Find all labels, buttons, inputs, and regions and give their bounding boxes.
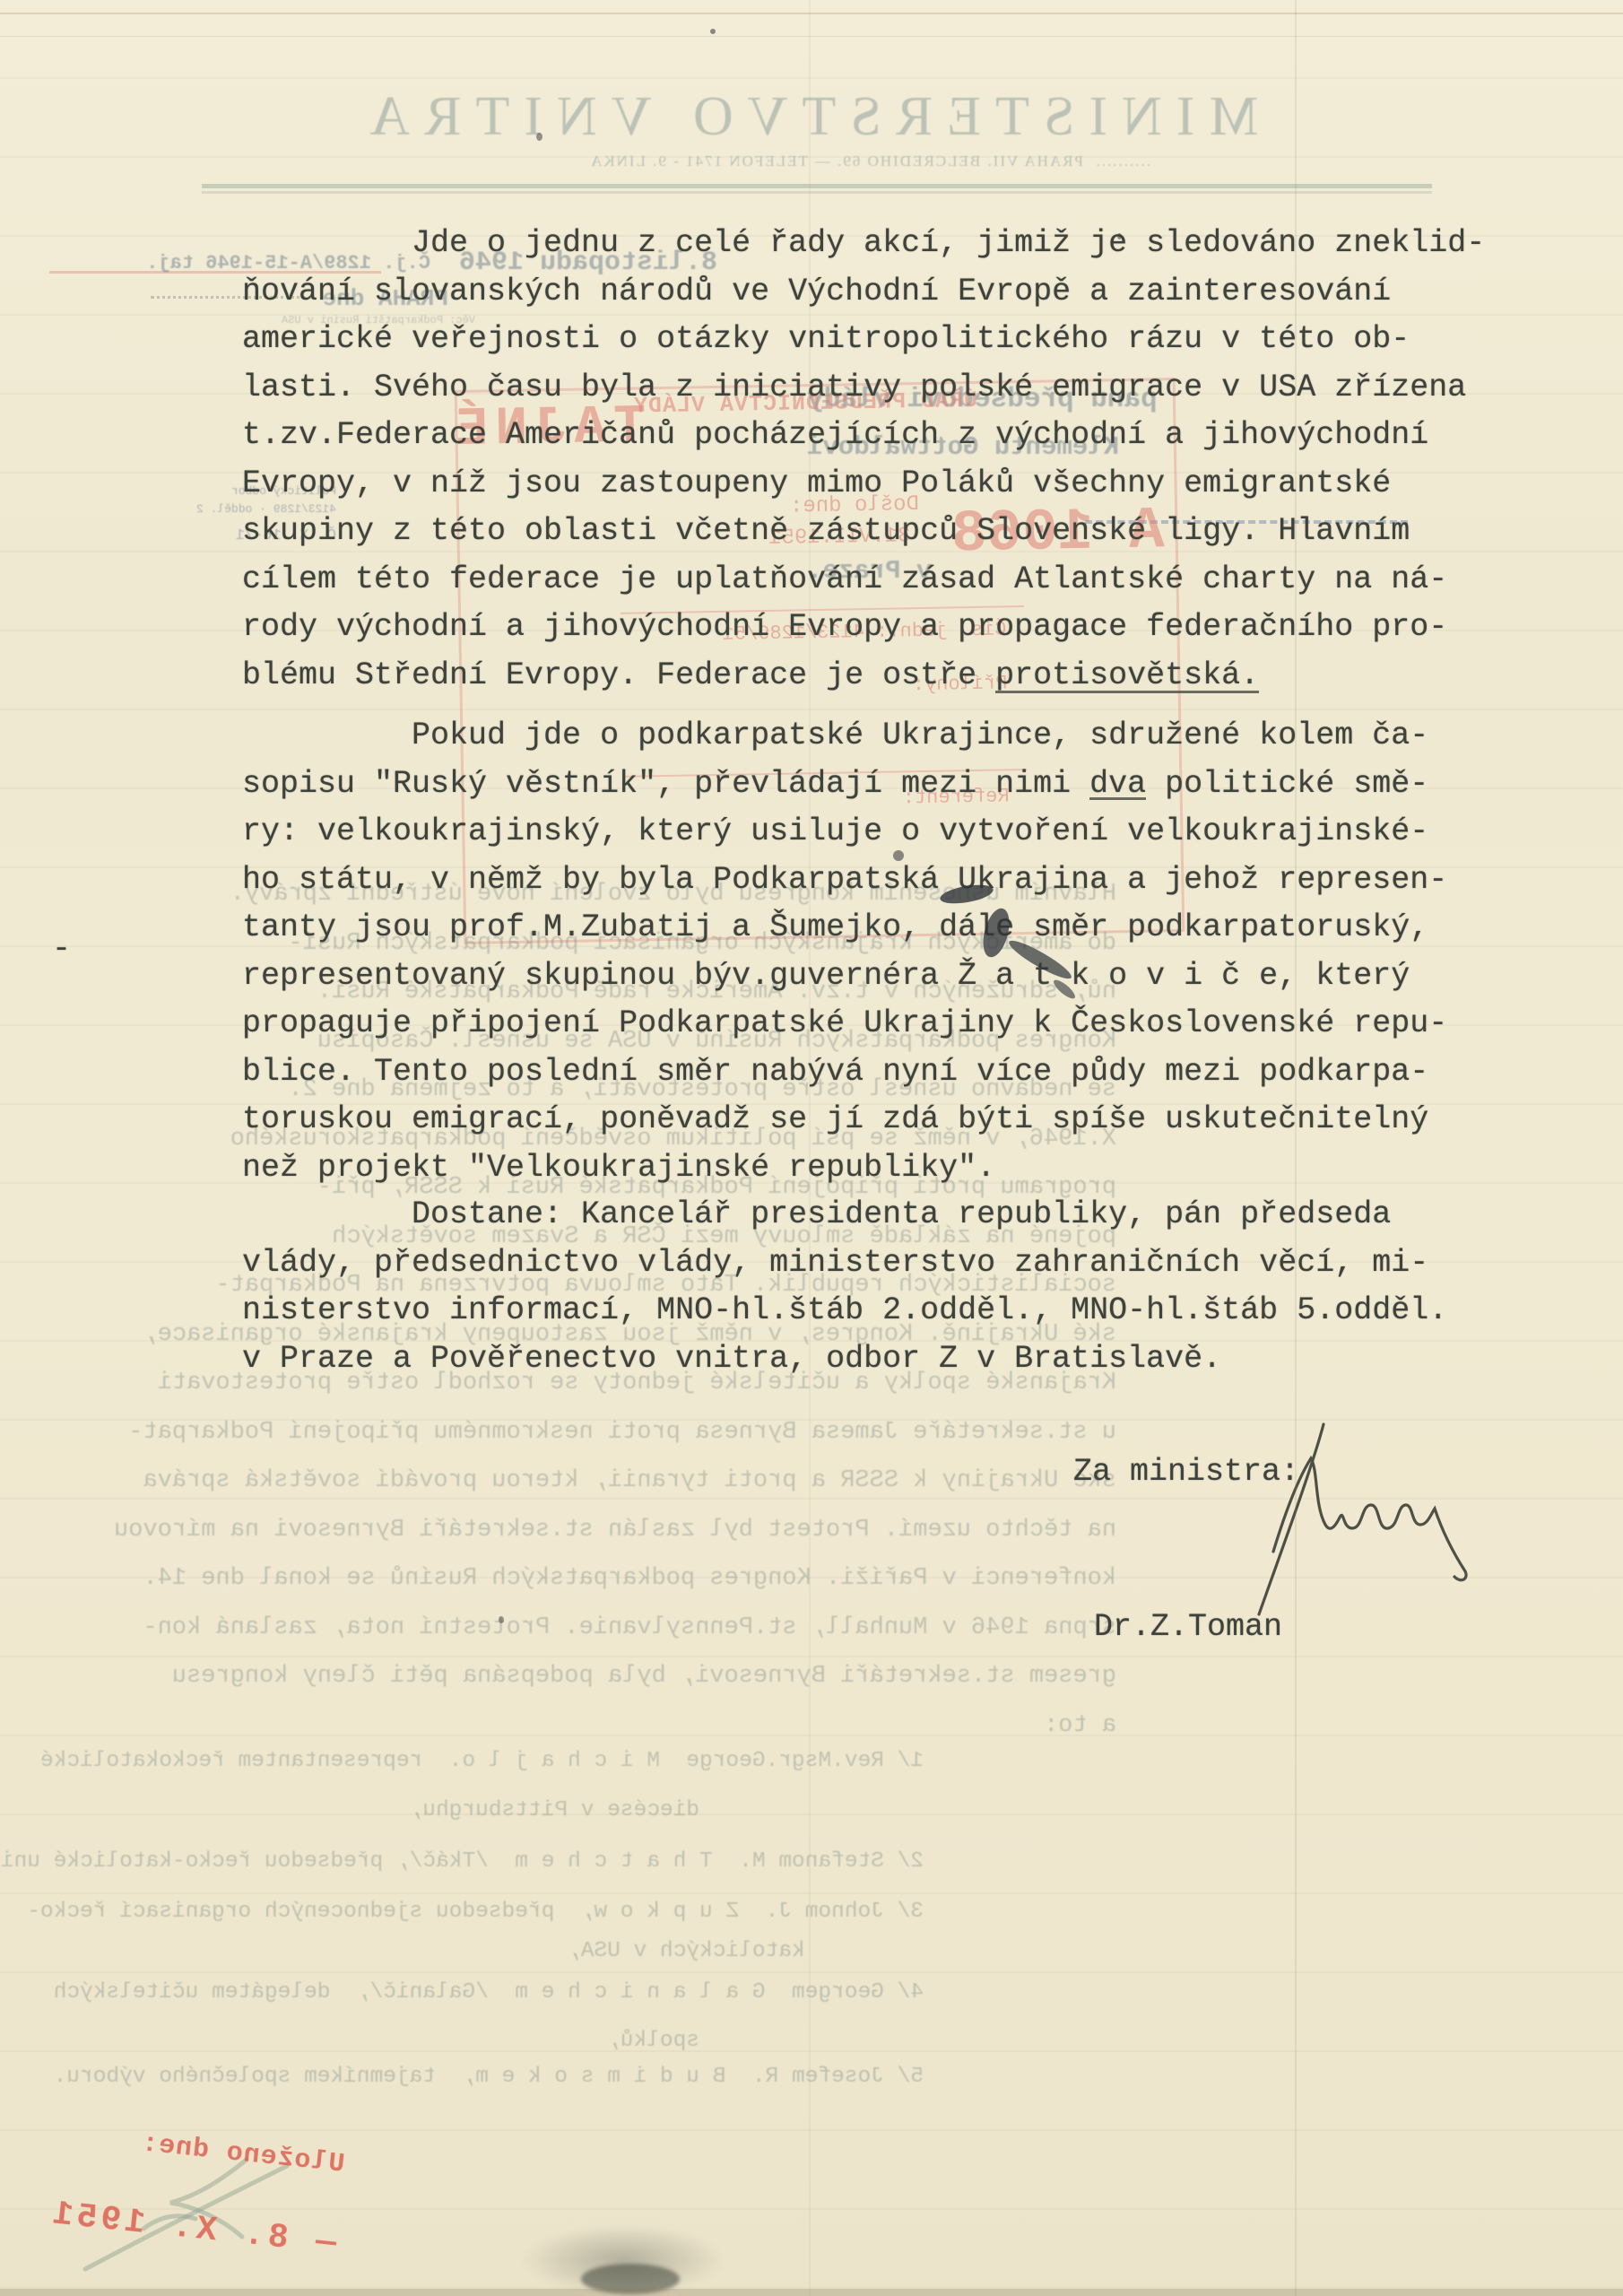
ghost-list-line: 1/ Rev.Msgr.George M i c h a j l o. repr… <box>27 1749 924 1773</box>
margin-dash: - <box>52 926 71 974</box>
letterhead-rule-bottom <box>202 191 1432 194</box>
paper-bottom-edge <box>0 2289 1623 2296</box>
ghost-list-line: 3/ Johnom J. Z u p k o w, předsedou sjed… <box>27 1900 924 1924</box>
underline-protisovetska <box>995 691 1259 693</box>
body-paragraph-1: Jde o jednu z celé řady akcí, jimiž je s… <box>242 220 1485 700</box>
ghost-list-line: diecése v Pittsburghu, <box>27 1798 924 1822</box>
ghost-block-line: na těchto uzemí. Protest byl zaslán st.s… <box>49 1517 1116 1544</box>
ghost-block-line: gresem st.sekretáři Byrnesovi, byla pode… <box>49 1663 1116 1690</box>
letterhead-ghost-title: MINISTERSTVO VNITRA <box>215 85 1399 149</box>
ink-speck <box>893 850 904 861</box>
paper-speck <box>536 133 542 141</box>
document-page: MINISTERSTVO VNITRA .......... PRAHA VII… <box>0 0 1623 2296</box>
ghost-list-line: katolických v USA, <box>27 1939 924 1963</box>
crease-top-1 <box>0 13 1623 14</box>
paper-speck <box>710 29 716 34</box>
underline-dva <box>1089 797 1146 800</box>
ghost-list-line: 5/ Josefem R. B u d i m s o k e m, tajem… <box>27 2065 924 2089</box>
paper-speck <box>499 1616 504 1623</box>
paper-speck <box>1117 233 1122 239</box>
ghost-block-line: srpna 1946 v Munhall, st.Pennsylvanie. P… <box>49 1614 1116 1641</box>
letterhead-ghost-subtitle: .......... PRAHA VII. BELCREDIHO 69. — T… <box>439 152 1300 170</box>
body-paragraph-2: Pokud jde o podkarpatské Ukrajince, sdru… <box>242 712 1447 1192</box>
body-distribution: Dostane: Kancelář presidenta republiky, … <box>242 1191 1447 1383</box>
ghost-list-line: 4/ Georgem G a l a n i c h e m /Galanič/… <box>27 1980 924 2005</box>
filed-stamp: Uloženo dne: — 8. X. 1951 <box>63 2090 349 2295</box>
ghost-block-line: konferenci v Paříži. Kongres podkarpatsk… <box>49 1565 1116 1592</box>
ghost-list-line: spolků, <box>27 2029 924 2053</box>
bottom-smudge-core <box>581 2264 680 2294</box>
signature <box>1246 1419 1475 1621</box>
letterhead-rule-top <box>202 184 1432 188</box>
filed-stamp-label: Uloženo dne: <box>75 2122 346 2180</box>
filed-stamp-date: — 8. X. 1951 <box>66 2196 338 2263</box>
ghost-list-line: 2/ Stefanom M. T h a t c h e m /Tkáč/, p… <box>27 1849 924 1874</box>
ghost-block-line: u st.sekretáře Jamesa Byrnesa proti nesk… <box>49 1419 1116 1446</box>
ghost-block-line: a to: <box>49 1712 1116 1739</box>
ghost-block-line: ské Ukrajiny k SSSR a proti tyranii, kte… <box>49 1467 1116 1494</box>
crease-top-2 <box>0 36 1623 37</box>
